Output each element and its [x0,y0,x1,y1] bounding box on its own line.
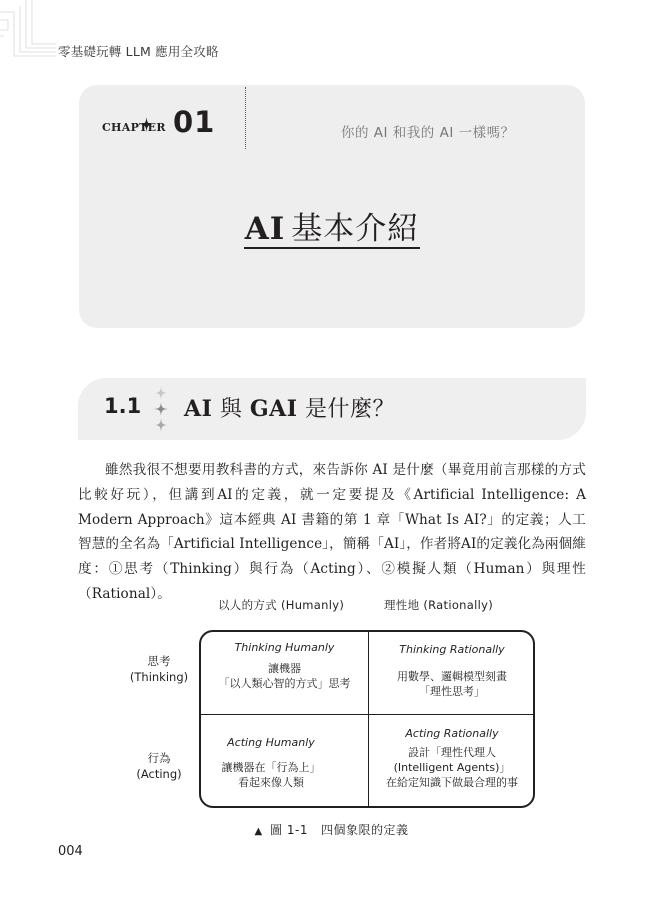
quadrant-line: 設計「理性代理人 [369,745,535,760]
chapter-title-zh: 基本介紹 [291,211,419,247]
triangle-up-icon: ▲ [255,826,263,837]
row-label-en: (Acting) [124,766,194,782]
section-title-part: AI [184,396,212,422]
body-paragraph: 雖然我很不想要用教科書的方式，來告訴你 AI 是什麼（畢竟用前言那樣的方式比較好… [78,458,586,607]
section-number: 1.1 [104,394,141,418]
figure-column-label-rationally: 理性地 (Rationally) [384,597,493,613]
section-title-part: 是什麼？ [298,397,396,422]
section-header: 1.1 AI 與 GAI 是什麼？ [78,378,586,440]
four-point-star-icon [140,117,153,132]
quadrant-line: 在給定知識下做最合理的事 [369,775,535,790]
quadrant-thinking-rationally: Thinking Rationally 用數學、邏輯模型刻畫 「理性思考」 [369,642,535,699]
quadrant-line: 讓機器 [201,661,368,676]
grid-horizontal-divider [201,714,533,715]
figure-row-label-acting: 行為 (Acting) [124,750,194,782]
row-label-zh: 思考 [124,653,194,669]
quadrant-line: 看起來像人類 [201,775,341,790]
quadrant-line: 「以人類心智的方式」思考 [201,676,368,691]
chapter-subtitle: 你的 AI 和我的 AI 一樣嗎？ [341,121,515,141]
chapter-number: 01 [173,105,215,139]
figure-column-label-humanly: 以人的方式 (Humanly) [218,597,344,613]
figure-caption: ▲ 圖 1-1 四個象限的定義 [0,821,663,838]
section-title-part: GAI [250,396,298,422]
running-head: 零基礎玩轉 LLM 應用全攻略 [58,42,219,60]
section-title: AI 與 GAI 是什麼？ [184,392,395,423]
row-label-en: (Thinking) [124,669,194,685]
quadrant-line: (Intelligent Agents)」 [369,760,535,775]
row-label-zh: 行為 [124,750,194,766]
chapter-title-underline [244,247,420,249]
chapter-header-box: CHAPTER 01 你的 AI 和我的 AI 一樣嗎？ AI基本介紹 [79,85,585,328]
figure-caption-text: 四個象限的定義 [321,823,409,837]
corner-line-decoration-icon [0,0,56,60]
quadrant-thinking-humanly: Thinking Humanly 讓機器 「以人類心智的方式」思考 [201,640,368,691]
figure-label: 圖 1-1 [270,823,308,837]
quadrant-line: 讓機器在「行為上」 [201,760,341,775]
chapter-dotted-divider [245,87,246,149]
chapter-title-latin: AI [245,211,286,247]
quadrant-title: Acting Humanly [201,735,341,750]
quadrant-line: 用數學、邏輯模型刻畫 [369,669,535,684]
figure-row-label-thinking: 思考 (Thinking) [124,653,194,685]
chapter-label: CHAPTER [102,121,166,134]
section-title-part: 與 [212,397,250,422]
quadrant-title: Thinking Humanly [201,640,368,655]
quadrant-title: Acting Rationally [369,726,535,741]
quadrant-grid: Thinking Humanly 讓機器 「以人類心智的方式」思考 Thinki… [199,630,535,808]
quadrant-line: 「理性思考」 [369,684,535,699]
chapter-title: AI基本介紹 [79,203,585,248]
page-number: 004 [58,844,83,859]
quadrant-acting-rationally: Acting Rationally 設計「理性代理人 (Intelligent … [369,726,535,790]
quadrant-title: Thinking Rationally [369,642,535,657]
stacked-stars-icon [153,386,169,432]
quadrant-acting-humanly: Acting Humanly 讓機器在「行為上」 看起來像人類 [201,735,341,790]
